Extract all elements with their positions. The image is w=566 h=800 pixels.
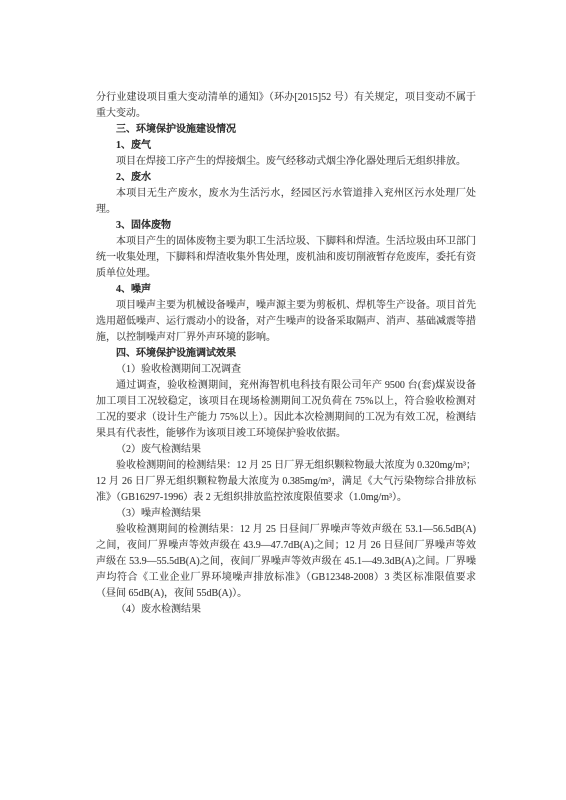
document-page: 分行业建设项目重大变动清单的通知》（环办[2015]52 号）有关规定，项目变动… [0, 0, 566, 800]
paragraph-solid-waste: 本项目产生的固体废物主要为职工生活垃圾、下脚料和焊渣。生活垃圾由环卫部门统一收集… [96, 234, 476, 282]
paragraph-gas-results: 验收检测期间的检测结果：12 月 25 日厂界无组织颗粒物最大浓度为 0.320… [96, 458, 476, 506]
paragraph-condition-survey: 通过调查，验收检测期间，兖州海智机电科技有限公司年产 9500 台(套)煤炭设备… [96, 378, 476, 442]
subsection-heading-waste-gas: 1、废气 [96, 138, 476, 154]
subsection-heading-wastewater: 2、废水 [96, 170, 476, 186]
item-heading-condition-survey: （1）验收检测期间工况调查 [96, 362, 476, 378]
paragraph-noise: 项目噪声主要为机械设备噪声，噪声源主要为剪板机、焊机等生产设备。项目首先选用超低… [96, 298, 476, 346]
paragraph-continuation: 分行业建设项目重大变动清单的通知》（环办[2015]52 号）有关规定，项目变动… [96, 90, 476, 122]
subsection-heading-noise: 4、噪声 [96, 282, 476, 298]
item-heading-noise-results: （3）噪声检测结果 [96, 506, 476, 522]
document-body: 分行业建设项目重大变动清单的通知》（环办[2015]52 号）有关规定，项目变动… [96, 90, 476, 618]
paragraph-wastewater: 本项目无生产废水，废水为生活污水，经园区污水管道排入兖州区污水处理厂处理。 [96, 186, 476, 218]
section-heading-4: 四、环境保护设施调试效果 [96, 346, 476, 362]
item-heading-gas-results: （2）废气检测结果 [96, 442, 476, 458]
paragraph-noise-results: 验收检测期间的检测结果：12 月 25 日昼间厂界噪声等效声级在 53.1—56… [96, 522, 476, 602]
subsection-heading-solid-waste: 3、固体废物 [96, 218, 476, 234]
paragraph-waste-gas: 项目在焊接工序产生的焊接烟尘。废气经移动式烟尘净化器处理后无组织排放。 [96, 154, 476, 170]
section-heading-3: 三、环境保护设施建设情况 [96, 122, 476, 138]
item-heading-wastewater-results: （4）废水检测结果 [96, 602, 476, 618]
